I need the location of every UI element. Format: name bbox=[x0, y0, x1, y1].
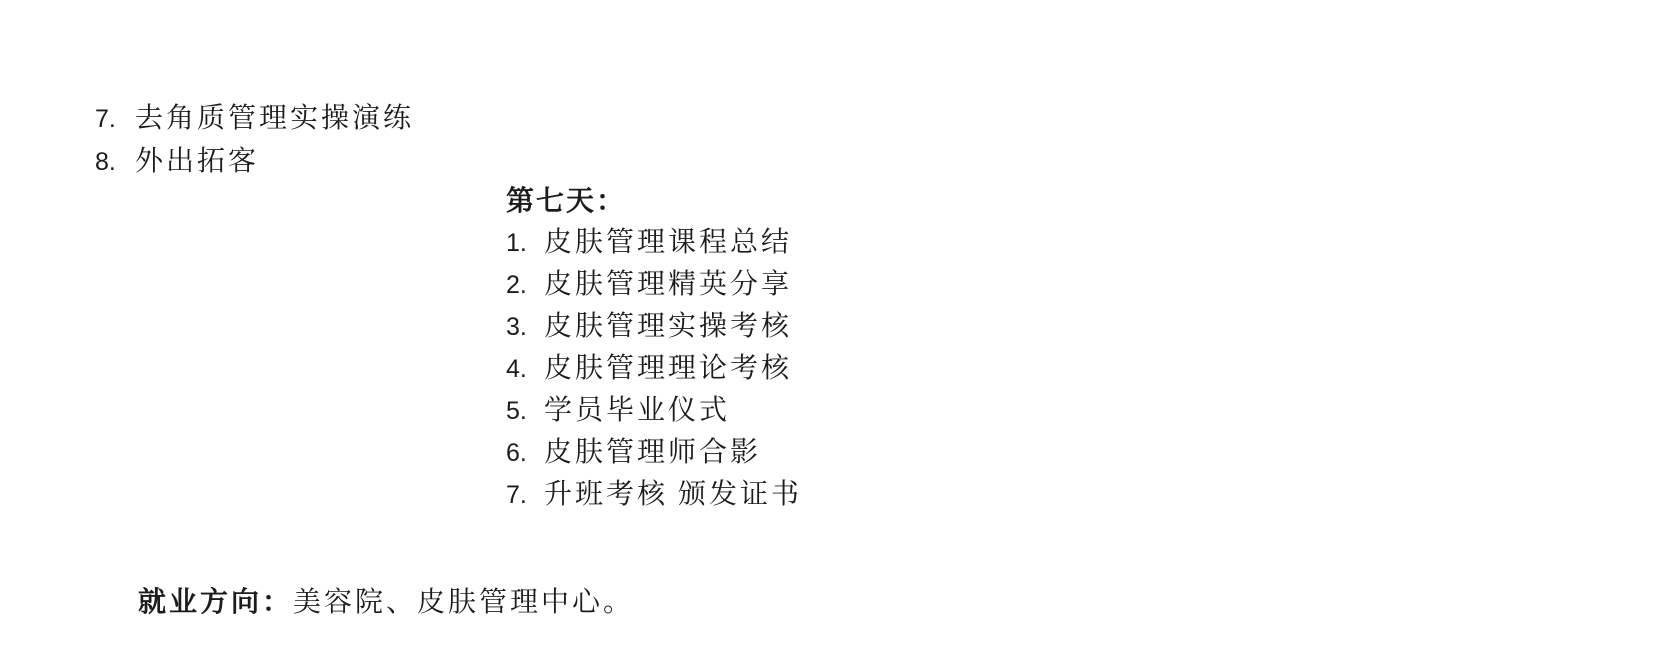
list-item: 8. 外出拓客 bbox=[95, 139, 414, 182]
list-item: 7. 升班考核 颁发证书 bbox=[506, 472, 802, 514]
list-item-number: 2. bbox=[506, 271, 544, 300]
list-item-text: 升班考核 颁发证书 bbox=[544, 472, 802, 512]
list-item-number: 3. bbox=[506, 313, 544, 342]
employment-label: 就业方向： bbox=[138, 587, 293, 618]
list-item-text: 皮肤管理理论考核 bbox=[544, 346, 792, 386]
list-item-number: 7. bbox=[95, 105, 135, 134]
list-item-number: 1. bbox=[506, 229, 544, 258]
list-item: 2. 皮肤管理精英分享 bbox=[506, 262, 802, 304]
list-item-text: 皮肤管理师合影 bbox=[544, 430, 761, 470]
list-item: 1. 皮肤管理课程总结 bbox=[506, 220, 802, 262]
list-item-number: 5. bbox=[506, 397, 544, 426]
continued-list: 7. 去角质管理实操演练 8. 外出拓客 bbox=[95, 96, 414, 182]
list-item: 5. 学员毕业仪式 bbox=[506, 388, 802, 430]
document-page: 7. 去角质管理实操演练 8. 外出拓客 第七天： 1. 皮肤管理课程总结 2.… bbox=[0, 0, 1653, 652]
list-item-number: 6. bbox=[506, 439, 544, 468]
list-item-text: 外出拓客 bbox=[135, 139, 259, 179]
list-item: 3. 皮肤管理实操考核 bbox=[506, 304, 802, 346]
employment-line: 就业方向：美容院、皮肤管理中心。 bbox=[98, 548, 634, 652]
day-heading: 第七天： bbox=[506, 178, 802, 220]
list-item-text: 皮肤管理实操考核 bbox=[544, 304, 792, 344]
list-item-text: 皮肤管理精英分享 bbox=[544, 262, 792, 302]
list-item-text: 去角质管理实操演练 bbox=[135, 96, 414, 136]
list-item-number: 8. bbox=[95, 148, 135, 177]
list-item-number: 4. bbox=[506, 355, 544, 384]
list-item: 7. 去角质管理实操演练 bbox=[95, 96, 414, 139]
list-item-text: 皮肤管理课程总结 bbox=[544, 220, 792, 260]
list-item-text: 学员毕业仪式 bbox=[544, 388, 730, 428]
day-seven-section: 第七天： 1. 皮肤管理课程总结 2. 皮肤管理精英分享 3. 皮肤管理实操考核… bbox=[506, 178, 802, 514]
employment-text: 美容院、皮肤管理中心。 bbox=[293, 587, 634, 618]
list-item: 4. 皮肤管理理论考核 bbox=[506, 346, 802, 388]
list-item: 6. 皮肤管理师合影 bbox=[506, 430, 802, 472]
list-item-number: 7. bbox=[506, 481, 544, 510]
